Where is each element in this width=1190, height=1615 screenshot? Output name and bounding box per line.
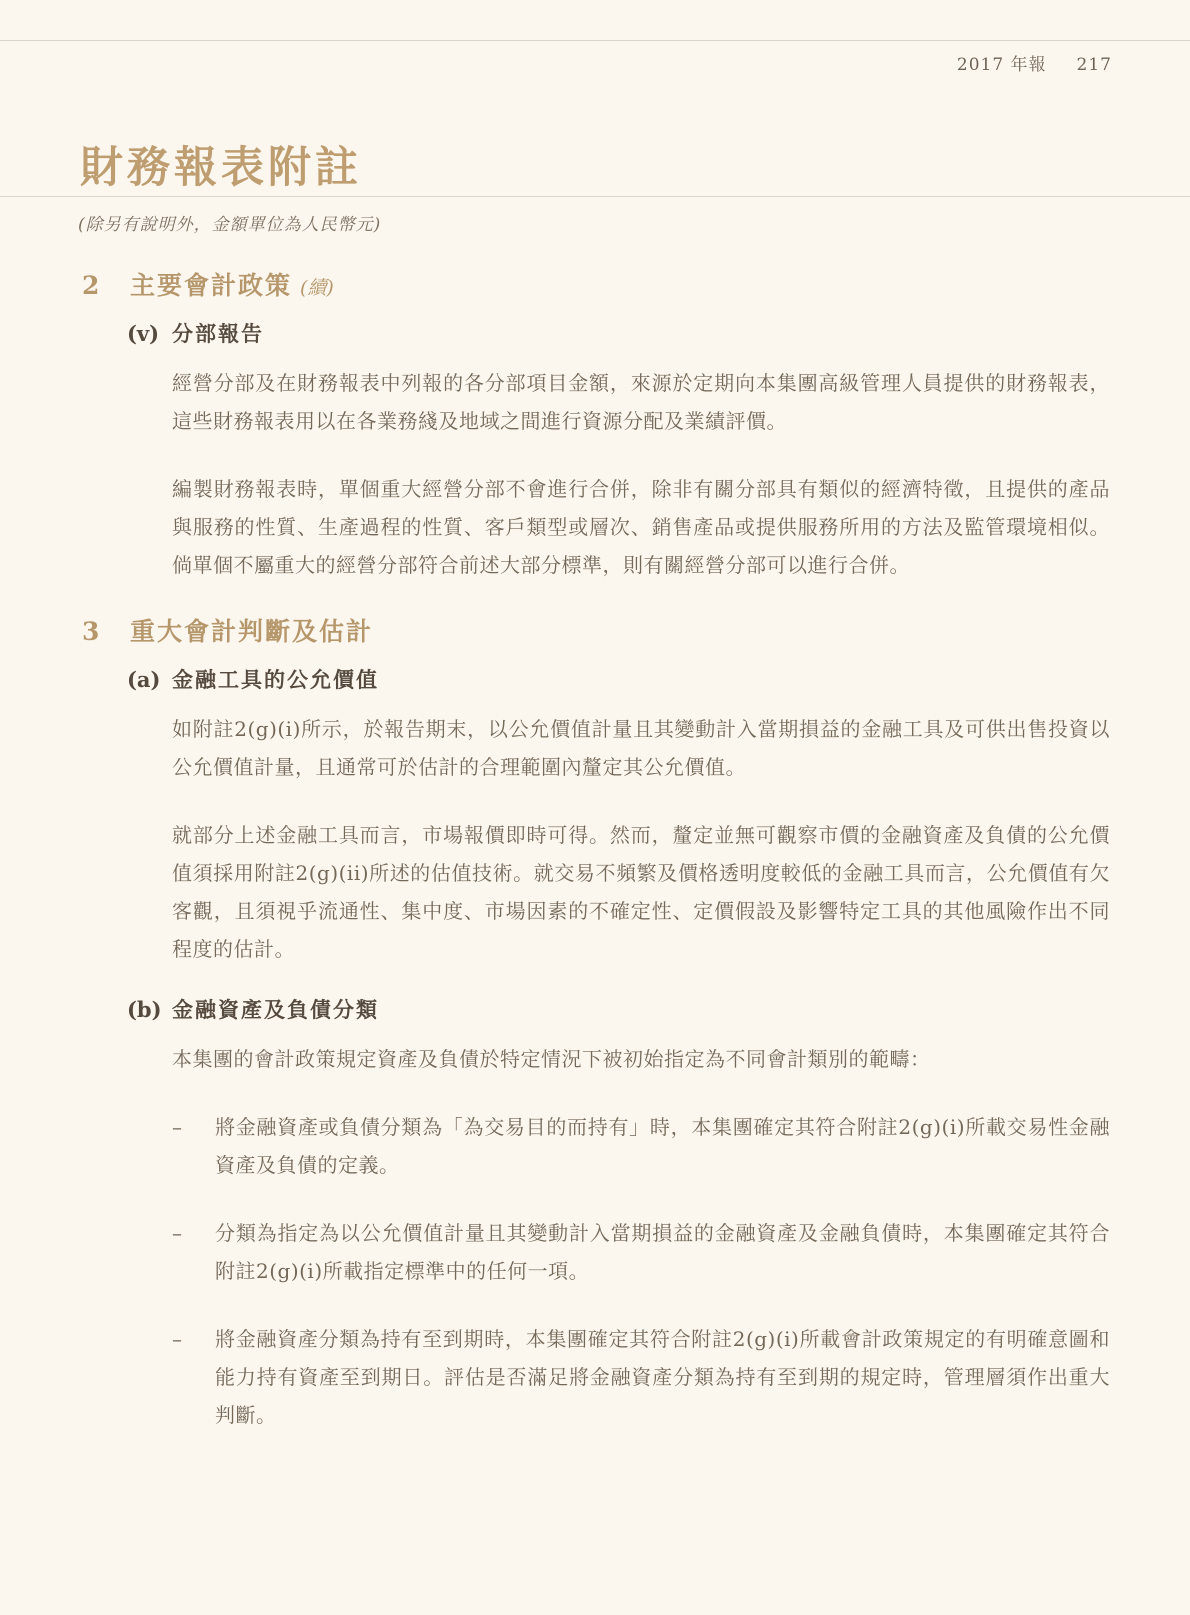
section-2-title: 主要會計政策 (130, 266, 292, 302)
section-3-title: 重大會計判斷及估計 (130, 612, 373, 648)
segment-reporting-paragraph-1: 經營分部及在財務報表中列報的各分部項目金額，來源於定期向本集團高級管理人員提供的… (172, 364, 1110, 440)
subsection-v-heading: (v) 分部報告 (0, 318, 1190, 348)
report-year-label: 2017 年報 (957, 55, 1047, 75)
subsection-v-label: (v) (127, 321, 172, 346)
report-page: 2017 年報217 財務報表附註 (除另有說明外，金額單位為人民幣元) 2 主… (0, 0, 1190, 1615)
classification-bullet-1: – 將金融資產或負債分類為「為交易目的而持有」時，本集團確定其符合附註2(g)(… (172, 1108, 1110, 1184)
section-2-number: 2 (82, 271, 130, 300)
subsection-b-heading: (b) 金融資產及負債分類 (0, 994, 1190, 1024)
fair-value-paragraph-1: 如附註2(g)(i)所示，於報告期末，以公允價值計量且其變動計入當期損益的金融工… (172, 710, 1110, 786)
section-3-heading: 3 重大會計判斷及估計 (0, 612, 1190, 648)
bullet-dash-icon: – (172, 1108, 215, 1184)
subsection-b-title: 金融資產及負債分類 (172, 994, 379, 1024)
subsection-a-label: (a) (127, 667, 172, 692)
page-content: 2 主要會計政策 (續) (v) 分部報告 經營分部及在財務報表中列報的各分部項… (0, 266, 1190, 1464)
subsection-b-label: (b) (127, 997, 172, 1022)
section-2-continued-note: (續) (300, 273, 334, 300)
document-title: 財務報表附註 (80, 134, 362, 195)
section-2-heading: 2 主要會計政策 (續) (0, 266, 1190, 302)
subsection-a-title: 金融工具的公允價值 (172, 664, 379, 694)
bullet-text: 分類為指定為以公允價值計量且其變動計入當期損益的金融資產及金融負債時，本集團確定… (215, 1214, 1110, 1290)
bullet-dash-icon: – (172, 1320, 215, 1434)
classification-intro-paragraph: 本集團的會計政策規定資產及負債於特定情況下被初始指定為不同會計類別的範疇： (172, 1040, 1110, 1078)
bullet-text: 將金融資產或負債分類為「為交易目的而持有」時，本集團確定其符合附註2(g)(i)… (215, 1108, 1110, 1184)
currency-units-note: (除另有說明外，金額單位為人民幣元) (78, 210, 381, 235)
classification-bullet-2: – 分類為指定為以公允價值計量且其變動計入當期損益的金融資產及金融負債時，本集團… (172, 1214, 1110, 1290)
bullet-dash-icon: – (172, 1214, 215, 1290)
section-3-number: 3 (82, 617, 130, 646)
top-rule (0, 40, 1190, 41)
subsection-a-heading: (a) 金融工具的公允價值 (0, 664, 1190, 694)
title-underline-rule (0, 196, 1190, 197)
classification-bullet-3: – 將金融資產分類為持有至到期時，本集團確定其符合附註2(g)(i)所載會計政策… (172, 1320, 1110, 1434)
subsection-v-title: 分部報告 (172, 318, 264, 348)
bullet-text: 將金融資產分類為持有至到期時，本集團確定其符合附註2(g)(i)所載會計政策規定… (215, 1320, 1110, 1434)
page-header: 2017 年報217 (957, 50, 1112, 75)
segment-reporting-paragraph-2: 編製財務報表時，單個重大經營分部不會進行合併，除非有關分部具有類似的經濟特徵，且… (172, 470, 1110, 584)
page-number: 217 (1077, 55, 1112, 75)
fair-value-paragraph-2: 就部分上述金融工具而言，市場報價即時可得。然而，釐定並無可觀察市價的金融資產及負… (172, 816, 1110, 968)
